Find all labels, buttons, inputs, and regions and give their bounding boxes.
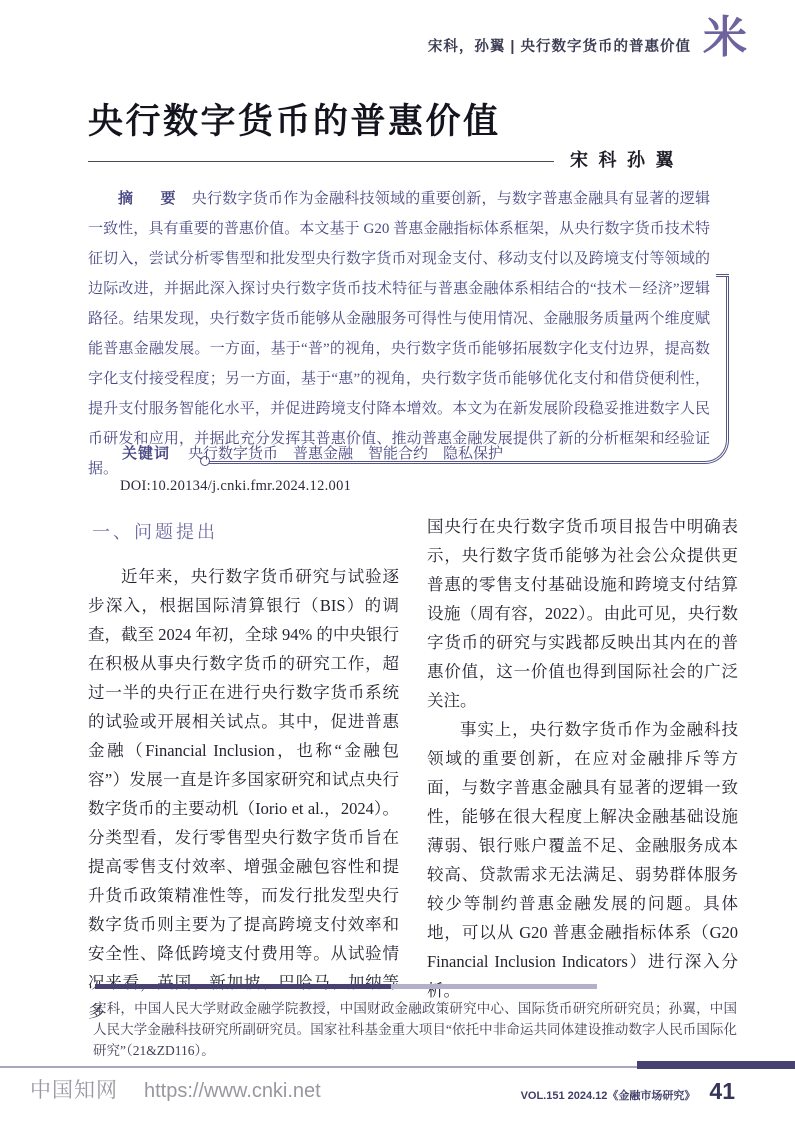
left-column: 一、问题提出 近年来，央行数字货币研究与试验逐步深入，根据国际清算银行（BIS）… bbox=[88, 512, 399, 1026]
abstract-bracket-cap bbox=[716, 274, 729, 277]
journal-logo-icon: 米 bbox=[703, 16, 747, 60]
body-columns: 一、问题提出 近年来，央行数字货币研究与试验逐步深入，根据国际清算银行（BIS）… bbox=[88, 512, 738, 1026]
right-column: 国央行在央行数字货币项目报告中明确表示，央行数字货币能够为社会公众提供更普惠的零… bbox=[427, 512, 738, 1026]
body-paragraph: 事实上，央行数字货币作为金融科技领域的重要创新，在应对金融排斥等方面，与数字普惠… bbox=[427, 715, 738, 1005]
footer-right: VOL.151 2024.12《金融市场研究》 41 bbox=[521, 1078, 735, 1105]
abstract-label: 摘 要 bbox=[118, 191, 182, 207]
running-header: 宋科，孙翼 | 央行数字货币的普惠价值 米 bbox=[428, 16, 747, 60]
section-heading: 一、问题提出 bbox=[92, 518, 399, 547]
footer-left: 中国知网 https://www.cnki.net bbox=[30, 1074, 321, 1104]
abstract-text: 央行数字货币作为金融科技领域的重要创新，与数字普惠金融具有显著的逻辑一致性，具有… bbox=[88, 191, 710, 477]
issue-info: VOL.151 2024.12《金融市场研究》 bbox=[521, 1087, 696, 1103]
author-divider bbox=[88, 161, 554, 162]
keywords-label: 关键词 bbox=[122, 446, 170, 462]
abstract: 摘 要央行数字货币作为金融科技领域的重要创新，与数字普惠金融具有显著的逻辑一致性… bbox=[88, 184, 710, 484]
cnki-logo-text: 中国知网 bbox=[30, 1074, 118, 1104]
authors: 宋 科 孙 翼 bbox=[570, 146, 677, 172]
footer-accent-bar bbox=[637, 1061, 795, 1069]
body-paragraph: 近年来，央行数字货币研究与试验逐步深入，根据国际清算银行（BIS）的调查，截至 … bbox=[88, 562, 399, 1026]
doi: DOI:10.20134/j.cnki.fmr.2024.12.001 bbox=[120, 478, 351, 495]
page-number: 41 bbox=[709, 1078, 735, 1105]
keywords-row: 关键词央行数字货币 普惠金融 智能合约 隐私保护 bbox=[122, 442, 503, 463]
article-title: 央行数字货币的普惠价值 bbox=[88, 94, 501, 144]
site-url: https://www.cnki.net bbox=[144, 1080, 321, 1103]
keywords-list: 央行数字货币 普惠金融 智能合约 隐私保护 bbox=[188, 446, 503, 462]
running-title: 宋科，孙翼 | 央行数字货币的普惠价值 bbox=[428, 21, 691, 56]
body-paragraph-continuation: 国央行在央行数字货币项目报告中明确表示，央行数字货币能够为社会公众提供更普惠的零… bbox=[427, 512, 738, 715]
footnote-divider-bar bbox=[95, 984, 597, 989]
footnote: 宋科，中国人民大学财政金融学院教授，中国财政金融政策研究中心、国际货币研究所研究… bbox=[93, 998, 737, 1061]
journal-page: 宋科，孙翼 | 央行数字货币的普惠价值 米 央行数字货币的普惠价值 宋 科 孙 … bbox=[0, 0, 795, 1122]
